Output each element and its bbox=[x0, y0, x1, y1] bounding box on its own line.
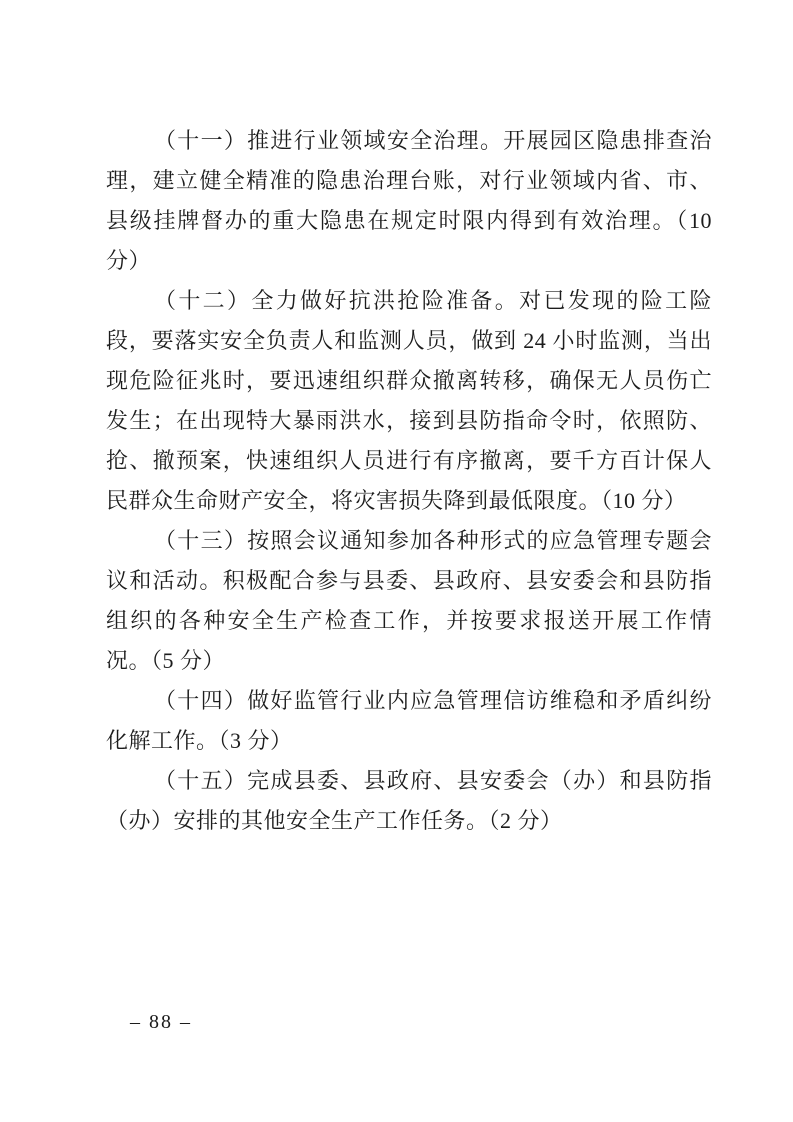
paragraph-clause-12: （十二）全力做好抗洪抢险准备。对已发现的险工险段，要落实安全负责人和监测人员，做… bbox=[106, 281, 712, 521]
page-number: – 88 – bbox=[130, 1010, 192, 1034]
paragraph-clause-13: （十三）按照会议通知参加各种形式的应急管理专题会议和活动。积极配合参与县委、县政… bbox=[106, 521, 712, 681]
document-body: （十一）推进行业领域安全治理。开展园区隐患排查治理，建立健全精准的隐患治理台账，… bbox=[106, 121, 712, 841]
paragraph-clause-14: （十四）做好监管行业内应急管理信访维稳和矛盾纠纷化解工作。（3 分） bbox=[106, 681, 712, 761]
paragraph-clause-15: （十五）完成县委、县政府、县安委会（办）和县防指（办）安排的其他安全生产工作任务… bbox=[106, 761, 712, 841]
document-page: （十一）推进行业领域安全治理。开展园区隐患排查治理，建立健全精准的隐患治理台账，… bbox=[0, 0, 793, 1122]
paragraph-clause-11: （十一）推进行业领域安全治理。开展园区隐患排查治理，建立健全精准的隐患治理台账，… bbox=[106, 121, 712, 281]
